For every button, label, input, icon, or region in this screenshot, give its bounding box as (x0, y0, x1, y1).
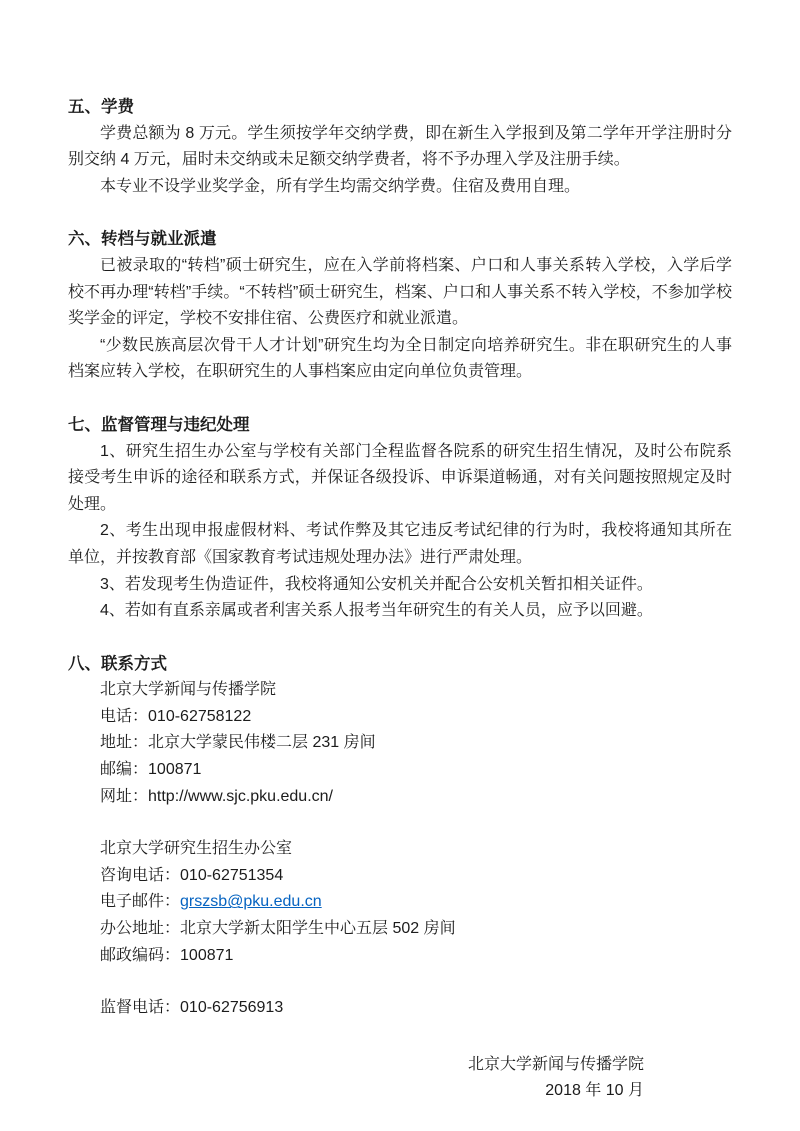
school-name: 北京大学新闻与传播学院 (100, 677, 732, 704)
section-contact: 八、联系方式 北京大学新闻与传播学院 电话：010-62758122 地址：北京… (68, 651, 732, 1105)
supervision-phone-line: 监督电话：010-62756913 (100, 995, 732, 1022)
school-address-value: 北京大学蒙民伟楼二层 231 房间 (148, 734, 376, 751)
signature-block: 北京大学新闻与传播学院 2018 年 10 月 (68, 1052, 732, 1105)
school-website-value: http://www.sjc.pku.edu.cn/ (148, 788, 333, 805)
office-phone-line: 咨询电话：010-62751354 (100, 863, 732, 890)
school-zip-line: 邮编：100871 (100, 757, 732, 784)
school-address-label: 地址： (100, 734, 148, 751)
tuition-paragraph-1: 学费总额为 8 万元。学生须按学年交纳学费，即在新生入学报到及第二学年开学注册时… (68, 121, 732, 174)
supervision-item-3: 3、若发现考生伪造证件，我校将通知公安机关并配合公安机关暂扣相关证件。 (68, 572, 732, 599)
supervision-item-1: 1、研究生招生办公室与学校有关部门全程监督各院系的研究生招生情况，及时公布院系接… (68, 439, 732, 519)
office-zip-line: 邮政编码：100871 (100, 943, 732, 970)
supervision-item-4: 4、若如有直系亲属或者利害关系人报考当年研究生的有关人员，应予以回避。 (68, 598, 732, 625)
office-address-label: 办公地址： (100, 920, 180, 937)
file-transfer-paragraph-1: 已被录取的“转档”硕士研究生，应在入学前将档案、户口和人事关系转入学校，入学后学… (68, 253, 732, 333)
school-phone-value: 010-62758122 (148, 708, 251, 725)
school-address-line: 地址：北京大学蒙民伟楼二层 231 房间 (100, 730, 732, 757)
office-phone-label: 咨询电话： (100, 867, 180, 884)
supervision-item-2: 2、考生出现申报虚假材料、考试作弊及其它违反考试纪律的行为时，我校将通知其所在单… (68, 518, 732, 571)
document-page: 五、学费 学费总额为 8 万元。学生须按学年交纳学费，即在新生入学报到及第二学年… (0, 0, 800, 1131)
section-file-transfer: 六、转档与就业派遣 已被录取的“转档”硕士研究生，应在入学前将档案、户口和人事关… (68, 226, 732, 386)
office-email-label: 电子邮件： (100, 893, 180, 910)
signature-org: 北京大学新闻与传播学院 (68, 1052, 644, 1079)
school-contact-block: 北京大学新闻与传播学院 电话：010-62758122 地址：北京大学蒙民伟楼二… (68, 677, 732, 810)
tuition-paragraph-2: 本专业不设学业奖学金，所有学生均需交纳学费。住宿及费用自理。 (68, 174, 732, 201)
school-phone-line: 电话：010-62758122 (100, 704, 732, 731)
section-tuition-heading: 五、学费 (68, 94, 732, 121)
supervision-phone-value: 010-62756913 (180, 999, 283, 1016)
office-name: 北京大学研究生招生办公室 (100, 836, 732, 863)
spacer (68, 810, 732, 836)
section-supervision: 七、监督管理与违纪处理 1、研究生招生办公室与学校有关部门全程监督各院系的研究生… (68, 412, 732, 625)
section-supervision-heading: 七、监督管理与违纪处理 (68, 412, 732, 439)
office-address-line: 办公地址：北京大学新太阳学生中心五层 502 房间 (100, 916, 732, 943)
office-zip-label: 邮政编码： (100, 947, 180, 964)
school-phone-label: 电话： (100, 708, 148, 725)
file-transfer-paragraph-2: “少数民族高层次骨干人才计划”研究生均为全日制定向培养研究生。非在职研究生的人事… (68, 333, 732, 386)
spacer (68, 969, 732, 995)
section-tuition: 五、学费 学费总额为 8 万元。学生须按学年交纳学费，即在新生入学报到及第二学年… (68, 94, 732, 200)
section-file-transfer-heading: 六、转档与就业派遣 (68, 226, 732, 253)
email-link[interactable]: grszsb@pku.edu.cn (180, 893, 322, 910)
office-zip-value: 100871 (180, 947, 233, 964)
office-email-line: 电子邮件：grszsb@pku.edu.cn (100, 889, 732, 916)
school-zip-value: 100871 (148, 761, 201, 778)
school-zip-label: 邮编： (100, 761, 148, 778)
office-phone-value: 010-62751354 (180, 867, 283, 884)
section-contact-heading: 八、联系方式 (68, 651, 732, 678)
school-website-line: 网址：http://www.sjc.pku.edu.cn/ (100, 784, 732, 811)
signature-date: 2018 年 10 月 (68, 1078, 644, 1105)
school-website-label: 网址： (100, 788, 148, 805)
admissions-office-contact-block: 北京大学研究生招生办公室 咨询电话：010-62751354 电子邮件：grsz… (68, 836, 732, 969)
supervision-phone-label: 监督电话： (100, 999, 180, 1016)
office-address-value: 北京大学新太阳学生中心五层 502 房间 (180, 920, 456, 937)
